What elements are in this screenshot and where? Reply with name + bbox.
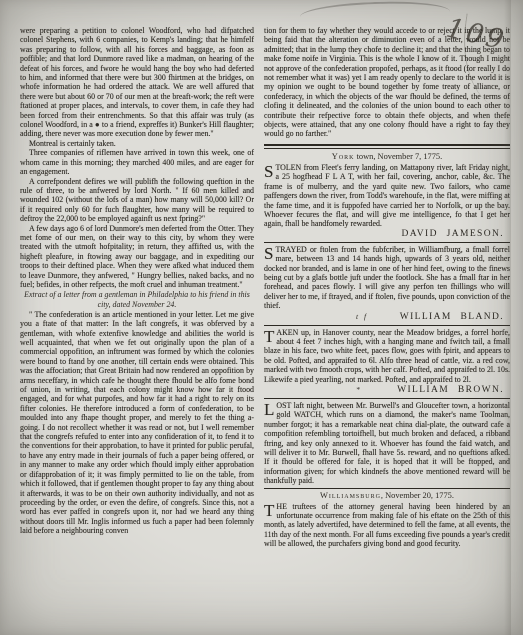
signature-david-jameson: DAVID JAMESON. (401, 229, 504, 240)
till-forbid-mark: t f (356, 311, 368, 322)
dateline-date: town, November 7, 1775. (355, 152, 443, 161)
drop-cap: S (264, 245, 275, 261)
article-paragraph-deserters: A few days ago 6 of lord Dunmore's men d… (20, 224, 254, 290)
signature-row: t f WILLIAM BLAND. (264, 311, 504, 323)
advert-body: OST laft night, between Mr. Burwell's an… (264, 401, 510, 485)
confederation-letter-continuation: tion for them to fay whether they would … (264, 26, 510, 139)
advert-divider (264, 398, 510, 399)
article-paragraph-montreal: Montreal is certainly taken. (20, 139, 254, 148)
advert-body: TRAYED or ftolen from the fubfcriber, in… (264, 245, 510, 310)
drop-cap: T (264, 328, 276, 344)
signature-william-brown: WILLIAM BROWN. (397, 385, 504, 396)
column-layout: were preparing a petition to colonel Woo… (0, 0, 523, 549)
drop-cap: L (264, 401, 276, 417)
advert-trustees-sale: THE truftees of the attorney general hav… (264, 502, 510, 549)
advert-stolen-flat: STOLEN from Fleet's ferry landing, on Ma… (264, 163, 510, 229)
advert-divider (264, 325, 510, 326)
dateline-place: Williamsburg (320, 491, 381, 500)
article-paragraph-correspondent: A correfpondent defires we will publifh … (20, 177, 254, 224)
drop-cap: S (264, 163, 275, 179)
article-paragraph-woodford: were preparing a petition to colonel Woo… (20, 26, 254, 139)
advert-divider (264, 242, 510, 243)
confederation-letter-paragraph: " The confederation is an article mentio… (20, 310, 254, 536)
advert-body: HE truftees of the attorney general havi… (264, 502, 510, 549)
advert-strayed-mare: STRAYED or ftolen from the fubfcriber, i… (264, 245, 510, 311)
left-column: were preparing a petition to colonel Woo… (20, 26, 254, 549)
dateline-williamsburg: Williamsburg, November 20, 1775. (264, 491, 510, 501)
dateline-place: York (332, 152, 355, 161)
advert-body: AKEN up, in Hanover county, near the Mea… (264, 328, 510, 384)
section-double-rule (264, 144, 510, 149)
article-paragraph-riflemen: Three companies of riflemen have arrived… (20, 148, 254, 176)
dateline-date: , November 20, 1775. (381, 491, 454, 500)
signature-row: * WILLIAM BROWN. (264, 384, 504, 396)
extract-letter-heading: Extract of a letter from a gentleman in … (24, 290, 250, 308)
advert-body: TOLEN from Fleet's ferry landing, on Mat… (264, 163, 510, 228)
signature-row: DAVID JAMESON. (264, 229, 504, 240)
advert-taken-horse: TAKEN up, in Hanover county, near the Me… (264, 328, 510, 384)
drop-cap: T (264, 502, 276, 518)
advert-lost-watch: LOST laft night, between Mr. Burwell's a… (264, 401, 510, 486)
advert-divider (264, 488, 510, 489)
dateline-yorktown: York town, November 7, 1775. (264, 152, 510, 162)
newspaper-page: 109 were preparing a petition to colonel… (0, 0, 523, 635)
signature-william-bland: WILLIAM BLAND. (400, 312, 504, 323)
asterisk-mark: * (356, 384, 362, 395)
right-column: tion for them to fay whether they would … (264, 26, 510, 549)
